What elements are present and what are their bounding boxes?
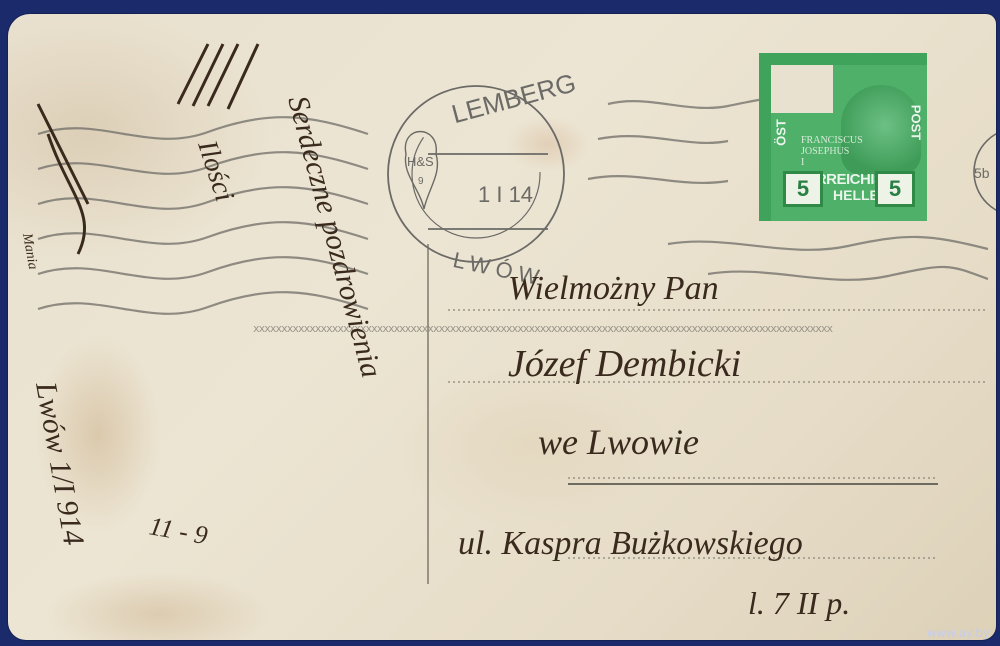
svg-text:Józef Dembicki: Józef Dembicki xyxy=(508,343,741,385)
svg-text:9: 9 xyxy=(418,176,424,187)
svg-text:LEMBERG: LEMBERG xyxy=(448,67,579,129)
svg-text:we Lwowie: we Lwowie xyxy=(538,422,699,462)
svg-text:xxxxxxxxxxxxxxxxxxxxxxxxxxxxxx: xxxxxxxxxxxxxxxxxxxxxxxxxxxxxxxxxxxxxxxx… xyxy=(253,322,834,335)
postage-stamp: FRANCISCUS JOSEPHUS I ÖST POST ERREICHIS… xyxy=(753,47,933,227)
stamp-country-right: POST xyxy=(909,78,924,168)
stamp-value-left: 5 xyxy=(783,171,823,207)
stamp-country-left: ÖST xyxy=(774,93,789,173)
svg-text:Wielmożny Pan: Wielmożny Pan xyxy=(508,270,719,307)
printer-mark xyxy=(405,132,437,210)
svg-text:ul. Kaspra Bużkowskiego: ul. Kaspra Bużkowskiego xyxy=(458,525,803,562)
svg-text:5b: 5b xyxy=(974,165,990,181)
svg-text:11 - 9: 11 - 9 xyxy=(147,511,210,550)
stamp-value-right: 5 xyxy=(875,171,915,207)
svg-text:l. 7 II p.: l. 7 II p. xyxy=(748,585,850,621)
postcard: xxxxxxxxxxxxxxxxxxxxxxxxxxxxxxxxxxxxxxxx… xyxy=(8,14,996,640)
svg-text:1 I 14: 1 I 14 xyxy=(478,182,533,207)
svg-text:Serdeczne pozdrowienia: Serdeczne pozdrowienia xyxy=(281,92,388,381)
watermark: www.ay.by xyxy=(927,626,990,640)
svg-text:H&S: H&S xyxy=(407,154,434,169)
stamp-legend: FRANCISCUS JOSEPHUS I xyxy=(801,135,863,168)
svg-text:Lwów 1/I 914: Lwów 1/I 914 xyxy=(29,379,90,548)
svg-text:Mania: Mania xyxy=(19,231,40,271)
